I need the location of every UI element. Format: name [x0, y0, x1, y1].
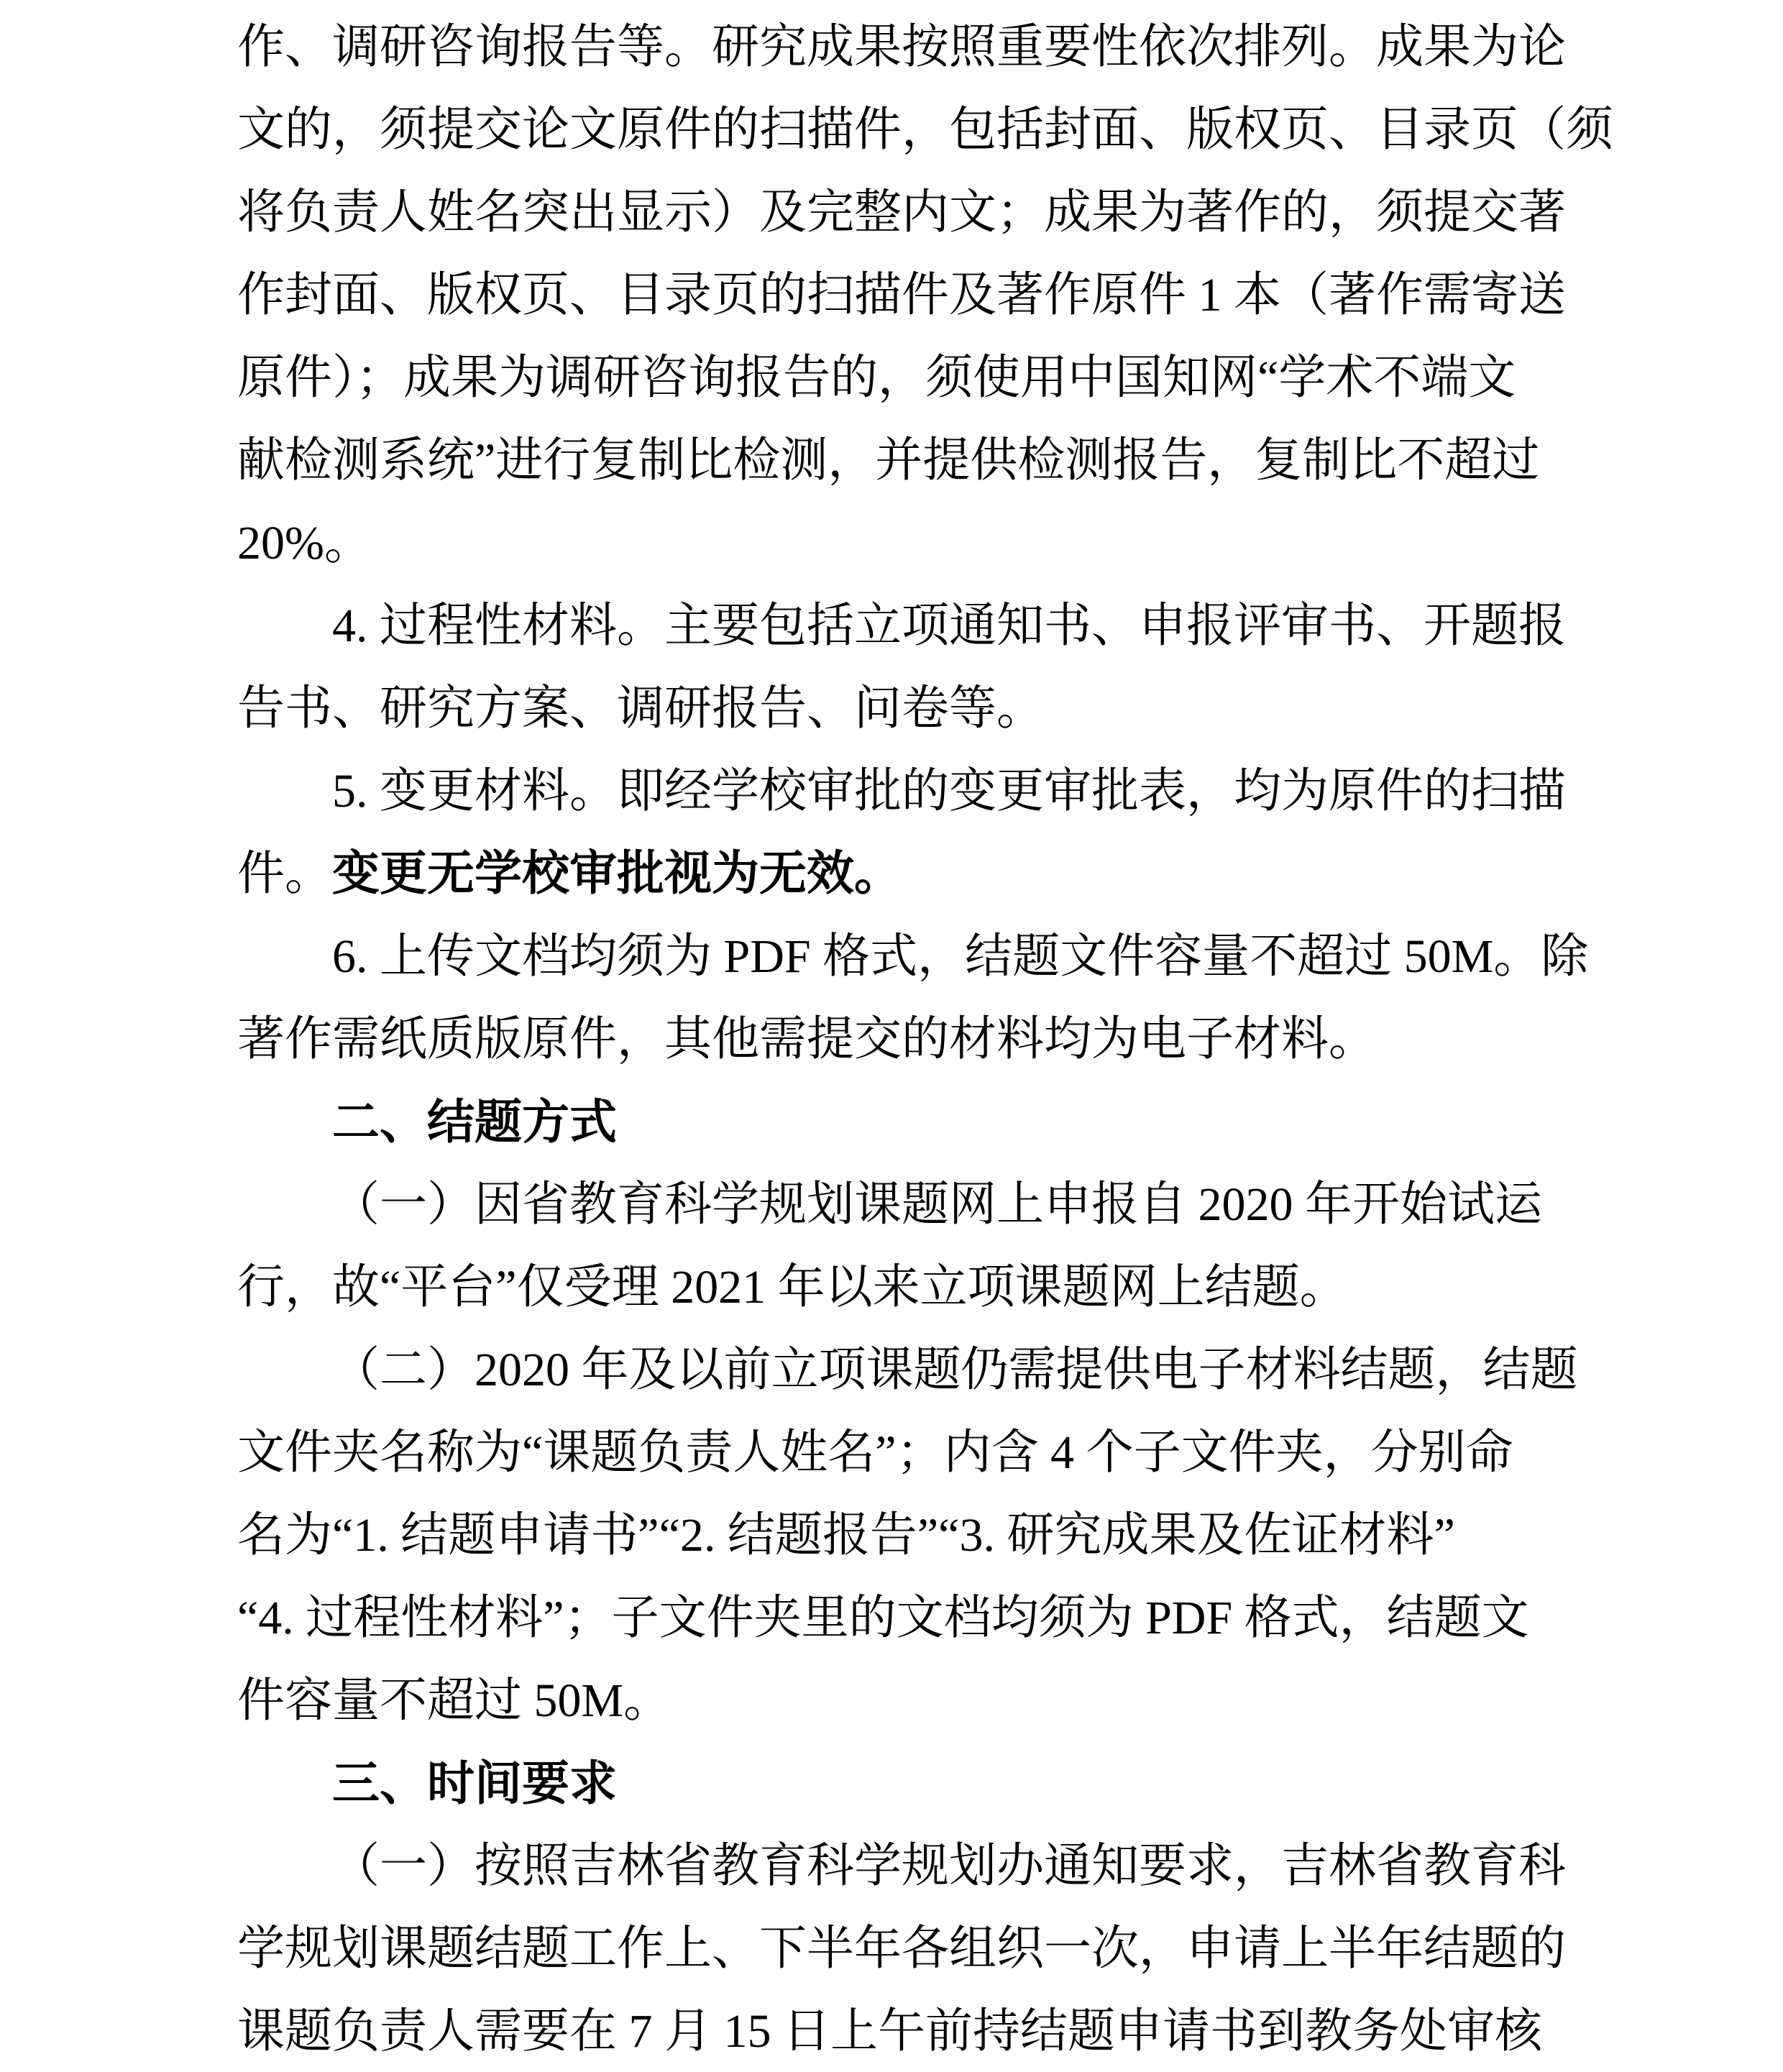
- doc-line-list-item-5: 5. 变更材料。即经学校审批的变更审批表，均为原件的扫描: [237, 750, 1572, 833]
- doc-line: 著作需纸质版原件，其他需提交的材料均为电子材料。: [237, 998, 1572, 1081]
- doc-line: 作封面、版权页、目录页的扫描件及著作原件 1 本（著作需寄送: [237, 254, 1572, 336]
- doc-line: 作、调研咨询报告等。研究成果按照重要性依次排列。成果为论: [237, 6, 1572, 88]
- doc-line-text: （一）按照吉林省教育科学规划办通知要求，吉林省教育科: [332, 1840, 1566, 1892]
- doc-line-text: 告书、研究方案、调研报告、问卷等。: [237, 682, 1044, 735]
- doc-line: 文件夹名称为“课题负责人姓名”；内含 4 个子文件夹，分别命: [237, 1411, 1572, 1494]
- doc-line-text: 文件夹名称为“课题负责人姓名”；内含 4 个子文件夹，分别命: [237, 1426, 1513, 1479]
- doc-line-text: 4. 过程性材料。主要包括立项通知书、申报评审书、开题报: [332, 600, 1566, 652]
- doc-line-text: 20%。: [237, 517, 372, 569]
- doc-line: 名为“1. 结题申请书”“2. 结题报告”“3. 研究成果及佐证材料”: [237, 1494, 1572, 1577]
- doc-line-list-item-4: 4. 过程性材料。主要包括立项通知书、申报评审书、开题报: [237, 585, 1572, 667]
- doc-line: “4. 过程性材料”；子文件夹里的文档均须为 PDF 格式，结题文: [237, 1577, 1572, 1659]
- document-text-block: 作、调研咨询报告等。研究成果按照重要性依次排列。成果为论 文的，须提交论文原件的…: [237, 6, 1572, 2072]
- doc-line: 行，故“平台”仅受理 2021 年以来立项课题网上结题。: [237, 1246, 1572, 1329]
- doc-line: 20%。: [237, 502, 1572, 585]
- doc-line-paragraph-start: （二）2020 年及以前立项课题仍需提供电子材料结题，结题: [237, 1329, 1572, 1411]
- doc-line: 献检测系统”进行复制比检测，并提供检测报告，复制比不超过: [237, 419, 1572, 502]
- doc-line-text: 件。: [237, 848, 332, 900]
- doc-line: 告书、研究方案、调研报告、问卷等。: [237, 667, 1572, 750]
- doc-line: 文的，须提交论文原件的扫描件，包括封面、版权页、目录页（须: [237, 88, 1572, 171]
- doc-line-text: 献检测系统”进行复制比检测，并提供检测报告，复制比不超过: [237, 434, 1539, 487]
- doc-line: 件容量不超过 50M。: [237, 1659, 1572, 1742]
- doc-line: 课题负责人需要在 7 月 15 日上午前持结题申请书到教务处审核: [237, 1990, 1572, 2072]
- doc-line-text: 作封面、版权页、目录页的扫描件及著作原件 1 本（著作需寄送: [237, 269, 1566, 321]
- doc-line: 件。变更无学校审批视为无效。: [237, 833, 1572, 915]
- doc-line-text: 原件）；成果为调研咨询报告的，须使用中国知网“学术不端文: [237, 352, 1516, 404]
- document-page: 作、调研咨询报告等。研究成果按照重要性依次排列。成果为论 文的，须提交论文原件的…: [0, 0, 1783, 2072]
- doc-line: 原件）；成果为调研咨询报告的，须使用中国知网“学术不端文: [237, 336, 1572, 419]
- section-heading-text: 三、时间要求: [332, 1756, 617, 1810]
- doc-line-text: 学规划课题结题工作上、下半年各组织一次，申请上半年结题的: [237, 1922, 1566, 1975]
- doc-line: 将负责人姓名突出显示）及完整内文；成果为著作的，须提交著: [237, 171, 1572, 254]
- doc-line-text: 将负责人姓名突出显示）及完整内文；成果为著作的，须提交著: [237, 186, 1566, 239]
- doc-line-text: “4. 过程性材料”；子文件夹里的文档均须为 PDF 格式，结题文: [237, 1592, 1529, 1644]
- doc-line-text: 文的，须提交论文原件的扫描件，包括封面、版权页、目录页（须: [237, 104, 1613, 156]
- doc-line-text: 6. 上传文档均须为 PDF 格式，结题文件容量不超过 50M。除: [332, 930, 1588, 983]
- section-heading-3: 三、时间要求: [237, 1742, 1572, 1825]
- doc-line-text: （一）因省教育科学规划课题网上申报自 2020 年开始试运: [332, 1178, 1542, 1231]
- doc-line-text: 课题负责人需要在 7 月 15 日上午前持结题申请书到教务处审核: [237, 2005, 1542, 2058]
- section-heading-text: 二、结题方式: [332, 1095, 617, 1148]
- doc-line-text: 名为“1. 结题申请书”“2. 结题报告”“3. 研究成果及佐证材料”: [237, 1509, 1455, 1562]
- doc-line: 学规划课题结题工作上、下半年各组织一次，申请上半年结题的: [237, 1907, 1572, 1990]
- doc-line-list-item-6: 6. 上传文档均须为 PDF 格式，结题文件容量不超过 50M。除: [237, 915, 1572, 998]
- doc-line-text: 件容量不超过 50M。: [237, 1674, 671, 1727]
- emphasis-bold-text: 变更无学校审批视为无效。: [332, 848, 902, 900]
- doc-line-paragraph-start: （一）按照吉林省教育科学规划办通知要求，吉林省教育科: [237, 1825, 1572, 1907]
- doc-line-text: （二）2020 年及以前立项课题仍需提供电子材料结题，结题: [332, 1344, 1578, 1396]
- section-heading-2: 二、结题方式: [237, 1081, 1572, 1163]
- doc-line-text: 行，故“平台”仅受理 2021 年以来立项课题网上结题。: [237, 1261, 1347, 1314]
- doc-line-paragraph-start: （一）因省教育科学规划课题网上申报自 2020 年开始试运: [237, 1163, 1572, 1246]
- doc-line-text: 著作需纸质版原件，其他需提交的材料均为电子材料。: [237, 1013, 1376, 1065]
- doc-line-text: 作、调研咨询报告等。研究成果按照重要性依次排列。成果为论: [237, 21, 1566, 73]
- doc-line-text: 5. 变更材料。即经学校审批的变更审批表，均为原件的扫描: [332, 765, 1566, 817]
